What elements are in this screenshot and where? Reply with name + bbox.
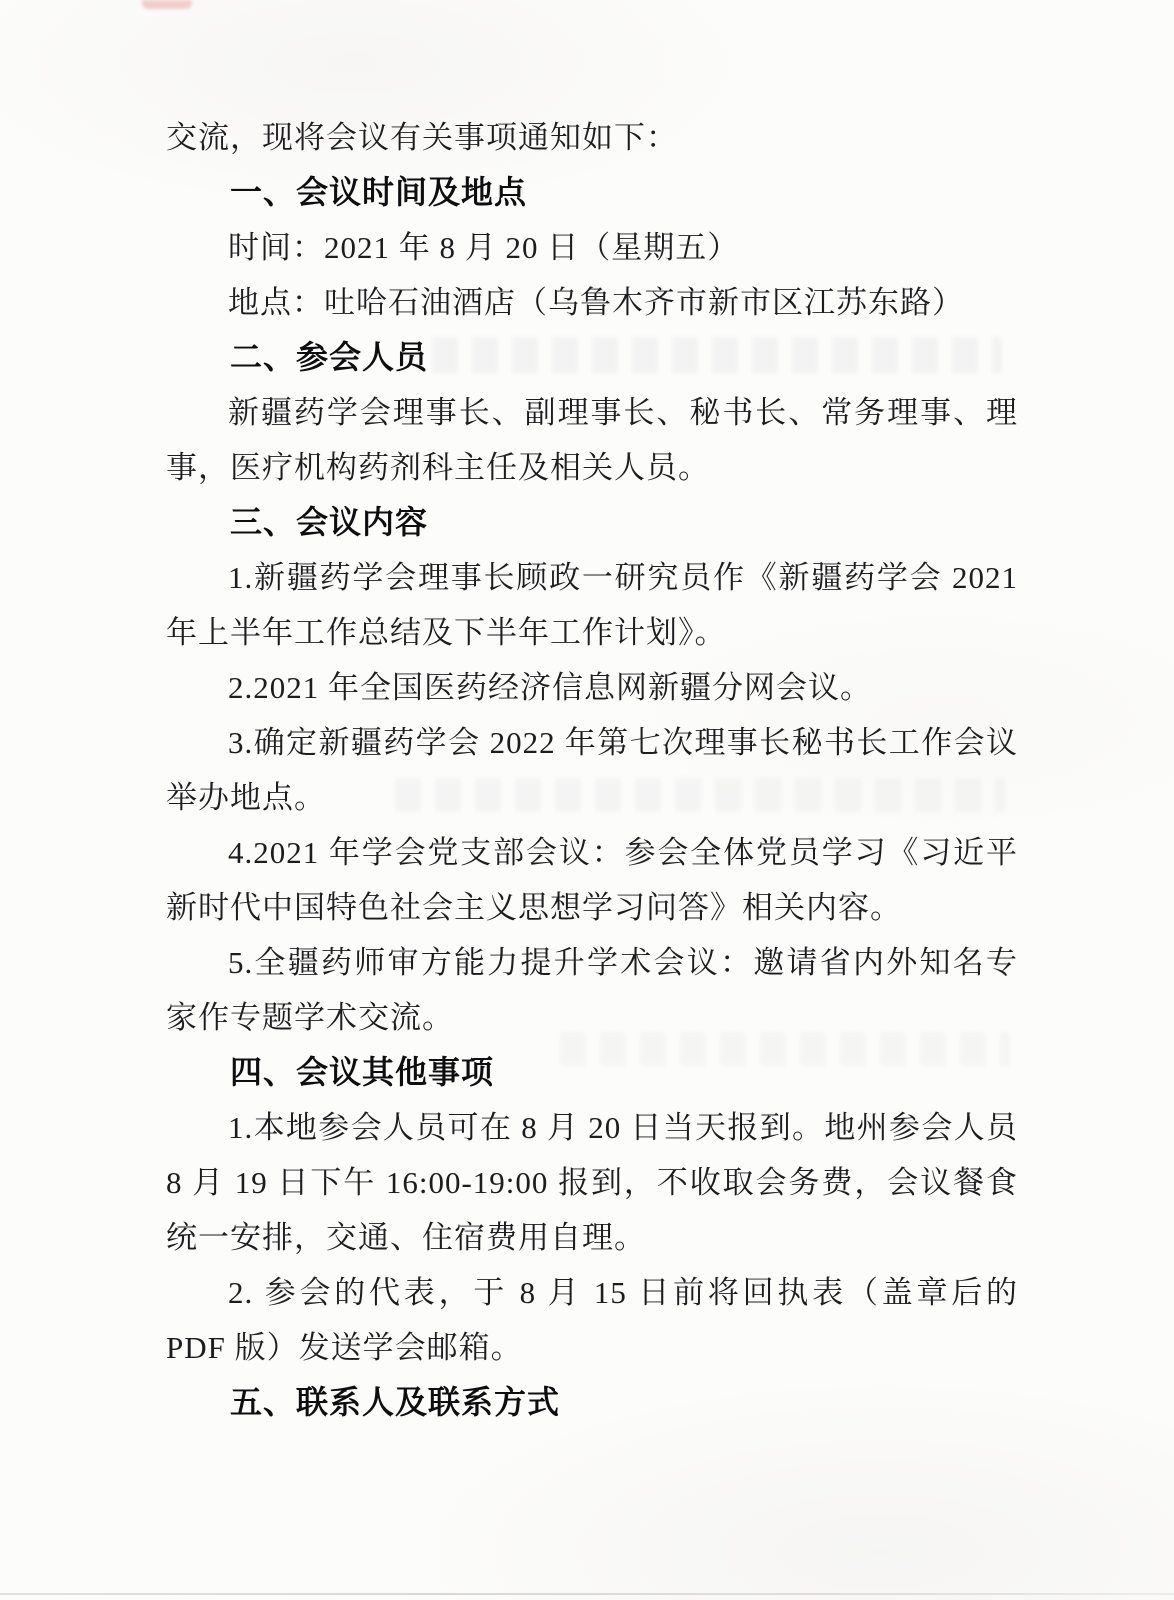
document-paragraph: 1.新疆药学会理事长顾政一研究员作《新疆药学会 2021 年上半年工作总结及下半… <box>166 550 1018 660</box>
document-paragraph: 地点：吐哈石油酒店（乌鲁木齐市新市区江苏东路） <box>166 275 1018 330</box>
document-paragraph: 1.本地参会人员可在 8 月 20 日当天报到。地州参会人员 8 月 19 日下… <box>166 1100 1018 1265</box>
document-paragraph: 2. 参会的代表，于 8 月 15 日前将回执表（盖章后的 PDF 版）发送学会… <box>166 1265 1018 1375</box>
scan-red-smudge <box>142 0 192 9</box>
section-heading: 一、会议时间及地点 <box>166 165 1018 220</box>
document-body: 交流，现将会议有关事项通知如下：一、会议时间及地点时间：2021 年 8 月 2… <box>166 110 1018 1430</box>
document-paragraph: 时间：2021 年 8 月 20 日（星期五） <box>166 220 1018 275</box>
section-heading: 二、参会人员 <box>166 330 1018 385</box>
scan-edge-shadow <box>0 1593 1174 1595</box>
document-paragraph: 2.2021 年全国医药经济信息网新疆分网会议。 <box>166 660 1018 715</box>
section-heading: 四、会议其他事项 <box>166 1045 1018 1100</box>
document-paragraph: 3.确定新疆药学会 2022 年第七次理事长秘书长工作会议举办地点。 <box>166 715 1018 825</box>
document-paragraph: 新疆药学会理事长、副理事长、秘书长、常务理事、理事，医疗机构药剂科主任及相关人员… <box>166 385 1018 495</box>
document-paragraph: 5.全疆药师审方能力提升学术会议：邀请省内外知名专家作专题学术交流。 <box>166 935 1018 1045</box>
section-heading: 三、会议内容 <box>166 495 1018 550</box>
scanned-page: 交流，现将会议有关事项通知如下：一、会议时间及地点时间：2021 年 8 月 2… <box>0 0 1174 1600</box>
document-paragraph: 交流，现将会议有关事项通知如下： <box>166 110 1018 165</box>
document-paragraph: 4.2021 年学会党支部会议：参会全体党员学习《习近平新时代中国特色社会主义思… <box>166 825 1018 935</box>
section-heading: 五、联系人及联系方式 <box>166 1375 1018 1430</box>
